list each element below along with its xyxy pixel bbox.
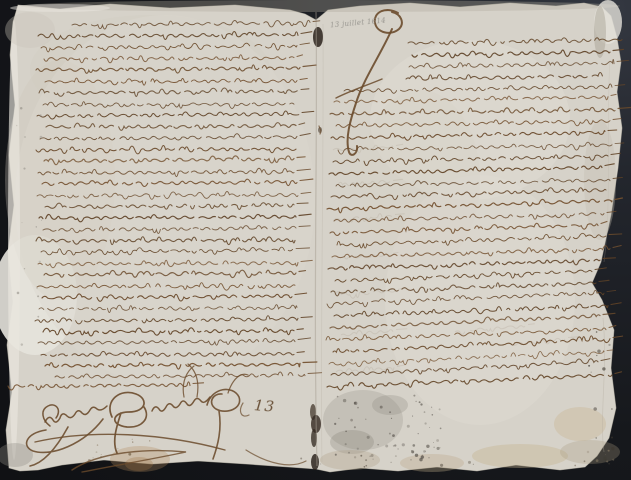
speckle: [402, 443, 405, 446]
speckle: [345, 443, 347, 445]
speckle: [37, 295, 39, 297]
speckle: [338, 418, 339, 419]
speckle: [132, 441, 133, 442]
speckle: [350, 419, 353, 422]
speckle: [389, 433, 391, 435]
speckle: [367, 436, 370, 439]
speckle: [17, 292, 20, 295]
speckle: [39, 261, 41, 263]
speckle: [117, 448, 118, 449]
speckle: [439, 408, 441, 410]
speckle: [596, 355, 597, 356]
speckle: [369, 456, 370, 457]
speckle: [389, 411, 391, 413]
speckle: [411, 450, 414, 453]
speckle: [412, 416, 413, 417]
speckle: [595, 437, 596, 438]
stain: [554, 407, 606, 441]
speckle: [392, 434, 395, 437]
speckle: [418, 433, 419, 434]
speckle: [591, 372, 592, 373]
speckle: [587, 451, 589, 453]
speckle: [606, 460, 608, 462]
speckle: [354, 456, 356, 458]
speckle: [343, 399, 346, 402]
speckle: [426, 445, 429, 448]
speckle: [357, 407, 359, 409]
speckle: [395, 455, 397, 457]
speckle: [334, 423, 336, 425]
speckle: [468, 461, 471, 464]
speckle: [436, 439, 439, 442]
speckle: [365, 465, 367, 467]
speckle: [412, 444, 415, 447]
speckle: [433, 442, 434, 443]
speckle: [413, 395, 415, 397]
speckle: [433, 447, 434, 448]
speckle: [431, 407, 432, 408]
speckle: [24, 268, 25, 269]
speckle: [21, 343, 23, 345]
speckle: [88, 459, 91, 462]
speckle: [415, 401, 416, 402]
speckle: [24, 136, 26, 138]
speckle: [337, 396, 339, 398]
speckle: [320, 463, 321, 464]
stain: [311, 454, 319, 470]
speckle: [603, 457, 606, 460]
speckle: [410, 459, 412, 461]
speckle: [394, 444, 396, 446]
stain: [5, 12, 55, 48]
speckle: [611, 436, 613, 438]
folio-number: 13: [253, 396, 276, 416]
speckle: [608, 450, 610, 452]
speckle: [611, 408, 613, 410]
speckle: [596, 331, 598, 333]
speckle: [407, 425, 410, 428]
speckle: [393, 445, 395, 447]
speckle: [364, 466, 366, 468]
speckle: [432, 414, 434, 416]
speckle: [429, 427, 430, 428]
speckle: [473, 464, 474, 465]
speckle: [390, 462, 391, 463]
speckle: [39, 114, 42, 117]
speckle: [96, 451, 98, 453]
stain: [472, 444, 568, 468]
speckle: [588, 365, 590, 367]
speckle: [20, 107, 23, 110]
speckle: [605, 454, 606, 455]
speckle: [608, 463, 609, 464]
speckle: [345, 430, 347, 432]
speckle: [428, 457, 429, 458]
speckle: [415, 454, 418, 457]
speckle: [440, 464, 443, 467]
speckle: [93, 457, 94, 458]
speckle: [437, 447, 440, 450]
speckle: [397, 448, 398, 449]
speckle: [40, 136, 43, 139]
speckle: [602, 367, 605, 370]
speckle: [300, 458, 302, 460]
stain: [10, 4, 110, 12]
stain: [320, 450, 380, 470]
speckle: [596, 459, 599, 462]
stain: [594, 6, 606, 58]
speckle: [357, 448, 359, 450]
speckle: [365, 419, 366, 420]
bifolium-artwork: [0, 0, 631, 480]
speckle: [574, 465, 576, 467]
speckle: [16, 125, 17, 126]
speckle: [354, 402, 356, 404]
stain: [560, 440, 620, 464]
speckle: [371, 454, 374, 457]
speckle: [420, 403, 422, 405]
speckle: [380, 406, 383, 409]
speckle: [597, 349, 600, 352]
speckle: [611, 447, 614, 450]
speckle: [348, 452, 350, 454]
speckle: [354, 426, 356, 428]
speckle: [422, 455, 424, 457]
speckle: [440, 428, 442, 430]
speckle: [424, 422, 426, 424]
speckle: [23, 168, 25, 170]
speckle: [335, 454, 337, 456]
speckle: [101, 454, 102, 455]
speckle: [608, 344, 610, 346]
stain: [8, 20, 20, 460]
speckle: [149, 440, 150, 441]
speckle: [128, 453, 131, 456]
speckle: [391, 418, 392, 419]
speckle: [37, 316, 39, 318]
speckle: [36, 287, 38, 289]
speckle: [612, 459, 614, 461]
stain: [20, 0, 620, 12]
speckle: [36, 226, 37, 227]
speckle: [593, 407, 597, 411]
speckle: [440, 447, 441, 448]
stain: [313, 27, 323, 47]
speckle: [100, 456, 102, 458]
speckle: [360, 455, 362, 457]
speckle: [132, 439, 133, 440]
speckle: [424, 411, 426, 413]
speckle: [21, 222, 22, 223]
speckle: [372, 459, 373, 460]
speckle: [584, 460, 586, 462]
stain: [400, 454, 464, 472]
manuscript-scan: 13 13 juillet 1614: [0, 0, 631, 480]
speckle: [419, 401, 421, 403]
speckle: [385, 445, 388, 448]
speckle: [425, 451, 426, 452]
speckle: [41, 220, 42, 221]
speckle: [365, 459, 367, 461]
speckle: [97, 444, 98, 445]
speckle: [377, 444, 378, 445]
